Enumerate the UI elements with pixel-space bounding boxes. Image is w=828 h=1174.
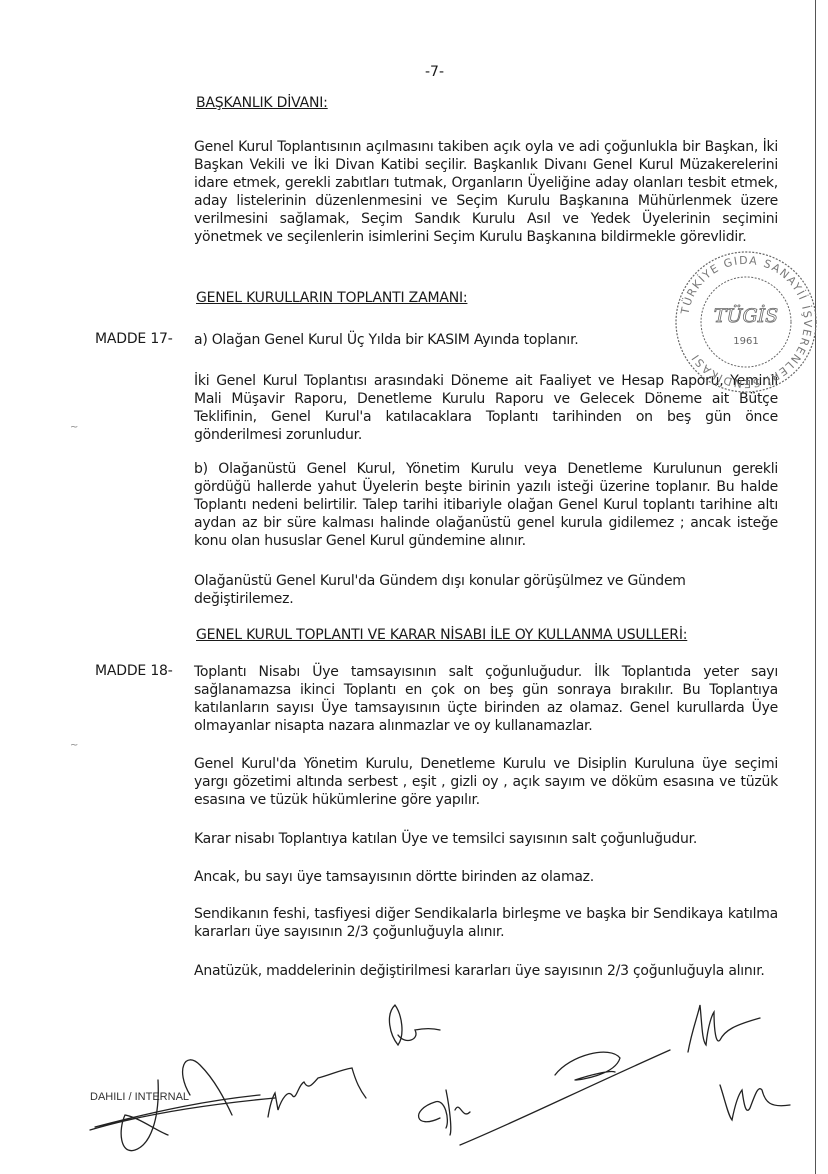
paragraph: Genel Kurul Toplantısının açılmasını tak… — [194, 138, 778, 246]
signature-4 — [419, 1090, 470, 1135]
margin-mark: ~ — [70, 426, 82, 429]
signatures — [0, 990, 828, 1174]
paragraph: Ancak, bu sayı üye tamsayısının dörtte b… — [194, 868, 778, 886]
paragraph: Olağanüstü Genel Kurul'da Gündem dışı ko… — [194, 572, 734, 608]
signature-3 — [389, 1005, 440, 1045]
organization-stamp: TÜRKİYE GIDA SANAYİİ İŞVERENLERİ SENDİKA… — [672, 248, 820, 396]
paragraph: Toplantı Nisabı Üye tamsayısının salt ço… — [194, 663, 778, 735]
signature-6 — [688, 1005, 760, 1052]
margin-mark: ~ — [70, 744, 82, 747]
signature-5 — [460, 1050, 670, 1145]
section-heading-toplanti-zamani: GENEL KURULLARIN TOPLANTI ZAMANI: — [196, 290, 467, 306]
paragraph: Karar nisabı Toplantıya katılan Üye ve t… — [194, 830, 778, 848]
page-number: -7- — [425, 64, 444, 80]
article-label-17: MADDE 17- — [95, 331, 173, 347]
signature-7 — [720, 1085, 790, 1120]
stamp-year: 1961 — [733, 336, 758, 347]
section-heading-karar-nisabi: GENEL KURUL TOPLANTI VE KARAR NİSABI İLE… — [196, 627, 687, 643]
paragraph: b) Olağanüstü Genel Kurul, Yönetim Kurul… — [194, 460, 778, 550]
paragraph: Sendikanın feshi, tasfiyesi diğer Sendik… — [194, 905, 778, 941]
signature-1 — [90, 1060, 275, 1151]
stamp-center-text: TÜGİS — [714, 304, 778, 327]
paragraph: Anatüzük, maddelerinin değiştirilmesi ka… — [194, 962, 778, 980]
section-heading-baskanlik-divani: BAŞKANLIK DİVANI: — [196, 95, 328, 111]
paragraph: Genel Kurul'da Yönetim Kurulu, Denetleme… — [194, 755, 778, 809]
signature-2 — [268, 1068, 366, 1117]
article-label-18: MADDE 18- — [95, 663, 173, 679]
